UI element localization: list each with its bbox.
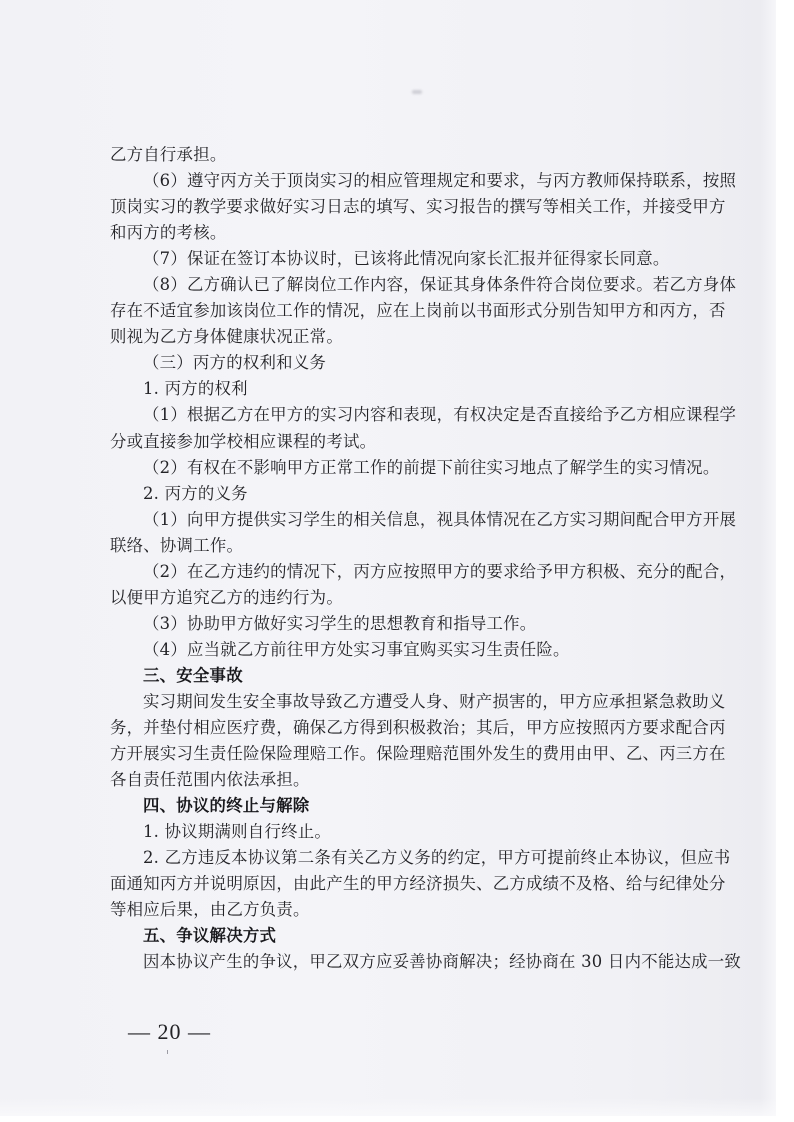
text-line: 以便甲方追究乙方的违约行为。	[110, 585, 690, 611]
text-line: 乙方自行承担。	[110, 142, 690, 168]
text-line: 2. 丙方的义务	[110, 481, 690, 507]
text-line: 2. 乙方违反本协议第二条有关乙方义务的约定，甲方可提前终止本协议，但应书	[110, 845, 688, 871]
text-line: 存在不适宜参加该岗位工作的情况，应在上岗前以书面形式分别告知甲方和丙方，否	[110, 298, 688, 324]
text-line: （1）根据乙方在甲方的实习内容和表现，有权决定是否直接给予乙方相应课程学	[110, 402, 688, 428]
text-line: 因本协议产生的争议，甲乙双方应妥善协商解决；经协商在 30 日内不能达成一致	[110, 949, 688, 975]
text-line: 则视为乙方身体健康状况正常。	[110, 324, 690, 350]
text-line: （2）有权在不影响甲方正常工作的前提下前往实习地点了解学生的实习情况。	[110, 455, 690, 481]
text-line: 各自责任范围内依法承担。	[110, 767, 690, 793]
text-line: 面通知丙方并说明原因，由此产生的甲方经济损失、乙方成绩不及格、给与纪律处分	[110, 871, 688, 897]
text-line: 务，并垫付相应医疗费，确保乙方得到积极救治；其后，甲方应按照丙方要求配合丙	[110, 715, 688, 741]
document-page: 乙方自行承担。（6）遵守丙方关于顶岗实习的相应管理规定和要求，与丙方教师保持联系…	[0, 0, 776, 1116]
text-line: （1）向甲方提供实习学生的相关信息，视具体情况在乙方实习期间配合甲方开展	[110, 507, 688, 533]
page-number: — 20 —	[128, 1019, 211, 1045]
text-line: （4）应当就乙方前往甲方处实习事宜购买实习生责任险。	[110, 637, 690, 663]
text-line: 等相应后果，由乙方负责。	[110, 897, 690, 923]
section-heading: 五、争议解决方式	[110, 923, 690, 949]
text-line: 实习期间发生安全事故导致乙方遭受人身、财产损害的，甲方应承担紧急救助义	[110, 689, 688, 715]
text-line: 分或直接参加学校相应课程的考试。	[110, 429, 690, 455]
text-line: 和丙方的考核。	[110, 220, 690, 246]
text-line: 顶岗实习的教学要求做好实习日志的填写、实习报告的撰写等相关工作，并接受甲方	[110, 194, 688, 220]
scan-artifact-mark	[412, 90, 422, 94]
text-line: （三）丙方的权利和义务	[110, 350, 690, 376]
text-line: （3）协助甲方做好实习学生的思想教育和指导工作。	[110, 611, 690, 637]
text-line: （2）在乙方违约的情况下，丙方应按照甲方的要求给予甲方积极、充分的配合，	[110, 559, 688, 585]
text-line: 1. 丙方的权利	[110, 376, 690, 402]
text-line: （8）乙方确认已了解岗位工作内容，保证其身体条件符合岗位要求。若乙方身体	[110, 272, 688, 298]
text-line: 1. 协议期满则自行终止。	[110, 819, 690, 845]
section-heading: 四、协议的终止与解除	[110, 793, 690, 819]
text-line: （7）保证在签订本协议时，已该将此情况向家长汇报并征得家长同意。	[110, 246, 690, 272]
text-line: 方开展实习生责任险保险理赔工作。保险理赔范围外发生的费用由甲、乙、丙三方在	[110, 741, 688, 767]
section-heading: 三、安全事故	[110, 663, 690, 689]
text-line: （6）遵守丙方关于顶岗实习的相应管理规定和要求，与丙方教师保持联系，按照	[110, 168, 688, 194]
text-line: 联络、协调工作。	[110, 533, 690, 559]
scan-artifact-dot	[167, 1050, 168, 1054]
document-body: 乙方自行承担。（6）遵守丙方关于顶岗实习的相应管理规定和要求，与丙方教师保持联系…	[110, 142, 690, 976]
